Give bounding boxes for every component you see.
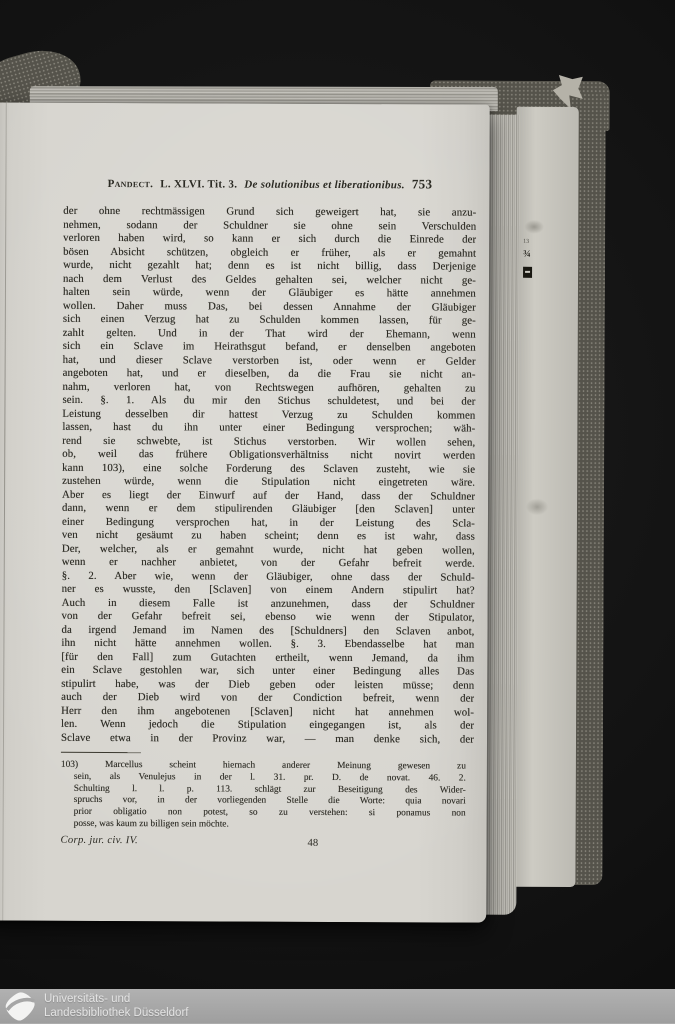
body-text-line: sich ein Sclave im Heirathsgut befand, e… bbox=[63, 340, 476, 355]
edge-mark-fraction: ¾ bbox=[523, 249, 543, 261]
body-text-line: zustehen würde, wenn die Stipulation nic… bbox=[62, 475, 475, 490]
body-text-line: wenn er nachher anbietet, von der Gefahr… bbox=[62, 556, 475, 571]
body-text: der ohne rechtmässigen Grund sich geweig… bbox=[61, 205, 476, 747]
body-text-line: lassen, hast du ihn unter einer Bedingun… bbox=[62, 421, 475, 436]
body-text-line: sich einen Verzug hat zu Schulden kommen… bbox=[63, 313, 476, 328]
body-text-line: auch der Dieb wird von der Condiction be… bbox=[61, 691, 474, 706]
signature-row: Corp. jur. civ. IV. 48 bbox=[61, 835, 466, 848]
body-text-line: angeboten hat, und er dieselben, da die … bbox=[63, 367, 476, 382]
gutter-fold bbox=[2, 103, 7, 921]
body-text-line: ob, weil das frühere Obligationsverhältn… bbox=[62, 448, 475, 463]
library-name-line1: Universitäts- und bbox=[44, 993, 188, 1007]
book-photo: 13 ¾ Pandect. L. XLVI. Tit. 3. De soluti… bbox=[0, 0, 675, 1024]
page-number: 753 bbox=[412, 176, 432, 192]
body-text-line: verloren haben wird, so kann er sich dur… bbox=[63, 232, 476, 247]
body-text-line: len. Wenn jedoch die Stipulation eingega… bbox=[61, 718, 474, 733]
running-head: Pandect. L. XLVI. Tit. 3. De solutionibu… bbox=[63, 175, 476, 193]
body-text-line: von der Gefahr befreit sei, ebenso wie w… bbox=[62, 610, 475, 625]
body-text-line: halten sein würde, wenn der Gläubiger es… bbox=[63, 286, 476, 301]
running-head-reference: L. XLVI. Tit. 3. bbox=[160, 178, 237, 190]
running-head-latin-title: De solutionibus et liberationibus. bbox=[244, 179, 405, 192]
footnote-text: 103) Marcellus scheint hiernach anderer … bbox=[61, 760, 466, 833]
body-text-line: ihn nicht hätte annehmen wollen. §. 3. E… bbox=[61, 637, 474, 652]
edge-stamp-icon bbox=[523, 267, 532, 278]
ulb-duesseldorf-logo-icon bbox=[5, 991, 36, 1022]
library-name: Universitäts- und Landesbibliothek Düsse… bbox=[44, 993, 188, 1020]
photo-background: 13 ¾ Pandect. L. XLVI. Tit. 3. De soluti… bbox=[0, 0, 675, 1024]
footnote-line: posse, was kaum zu billigen sein möchte. bbox=[61, 819, 466, 833]
body-text-line: ven nicht gesäumt zu haben scheint; denn… bbox=[62, 529, 475, 544]
body-text-line: der ohne rechtmässigen Grund sich geweig… bbox=[63, 205, 476, 220]
body-text-line: wurde, nicht gezahlt hat; denn es ist ni… bbox=[63, 259, 476, 274]
library-name-line2: Landesbibliothek Düsseldorf bbox=[44, 1007, 188, 1021]
body-text-line: ein Sclave gestohlen war, sich unter ein… bbox=[61, 664, 474, 679]
edge-mark-small: 13 bbox=[523, 239, 543, 245]
footnote-rule bbox=[61, 752, 141, 753]
body-text-line: sein. §. 1. Als du mir den Stichus schul… bbox=[62, 394, 475, 409]
running-head-series: Pandect. bbox=[108, 178, 154, 190]
sheet-signature: 48 bbox=[308, 838, 319, 849]
scanned-page: Pandect. L. XLVI. Tit. 3. De solutionibu… bbox=[0, 102, 490, 922]
body-text-line: Sclave etwa in der Provinz war, — man de… bbox=[61, 731, 474, 746]
shelf-marks: 13 ¾ bbox=[523, 239, 543, 278]
volume-signature: Corp. jur. civ. IV. bbox=[61, 835, 138, 846]
library-watermark-banner: Universitäts- und Landesbibliothek Düsse… bbox=[0, 989, 675, 1024]
facing-page bbox=[513, 107, 578, 887]
body-text-line: dann, wenn er dem stipulirenden Gläubige… bbox=[62, 502, 475, 517]
body-text-line: ner es wusste, den [Sclaven] von einem A… bbox=[62, 583, 475, 598]
